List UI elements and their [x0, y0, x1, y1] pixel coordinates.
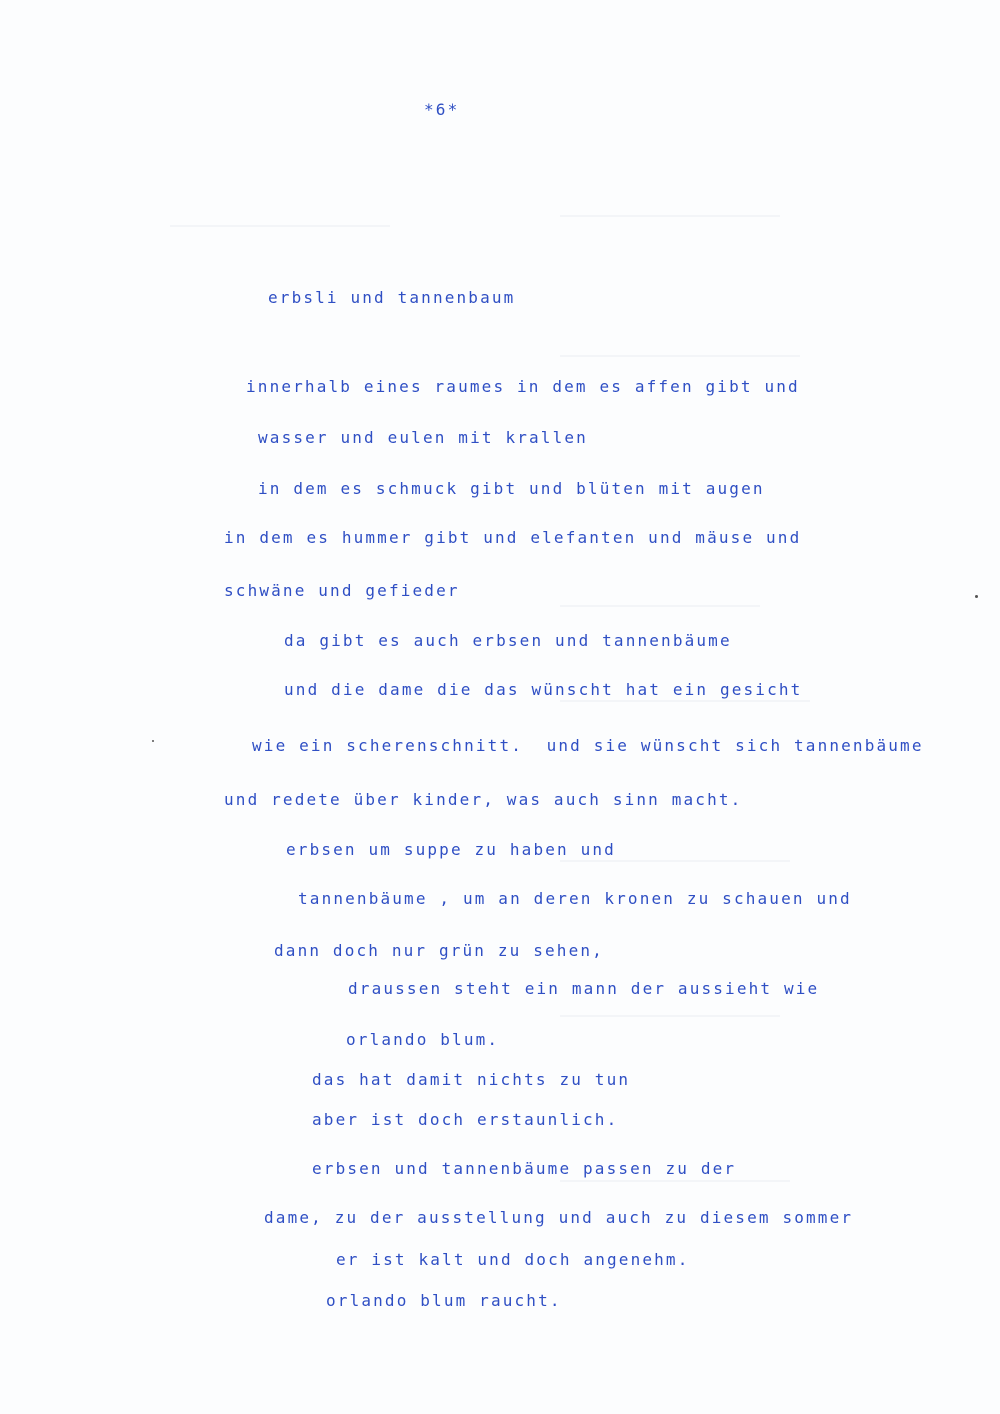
page-number: *6*: [424, 100, 459, 120]
poem-line: tannenbäume , um an deren kronen zu scha…: [298, 889, 852, 909]
show-through-mark: [560, 1180, 790, 1182]
poem-line: in dem es schmuck gibt und blüten mit au…: [258, 479, 765, 499]
speck: [152, 740, 154, 742]
poem-line: er ist kalt und doch angenehm.: [336, 1250, 689, 1270]
poem-line: in dem es hummer gibt und elefanten und …: [224, 528, 801, 548]
poem-line: aber ist doch erstaunlich.: [312, 1110, 618, 1130]
poem-line: orlando blum raucht.: [326, 1291, 562, 1311]
typewritten-page: *6* erbsli und tannenbaum innerhalb eine…: [0, 0, 1000, 1414]
poem-line: erbsen um suppe zu haben und: [286, 840, 616, 860]
poem-title: erbsli und tannenbaum: [268, 288, 515, 308]
poem-line: orlando blum.: [346, 1030, 499, 1050]
poem-line: und die dame die das wünscht hat ein ges…: [284, 680, 802, 700]
poem-line: wasser und eulen mit krallen: [258, 428, 588, 448]
poem-line: schwäne und gefieder: [224, 581, 460, 601]
poem-line: erbsen und tannenbäume passen zu der: [312, 1159, 736, 1179]
poem-line: innerhalb eines raumes in dem es affen g…: [246, 377, 800, 397]
poem-line: dann doch nur grün zu sehen,: [274, 941, 604, 961]
poem-line: dame, zu der ausstellung und auch zu die…: [264, 1208, 853, 1228]
show-through-mark: [560, 215, 780, 217]
poem-line: das hat damit nichts zu tun: [312, 1070, 630, 1090]
show-through-mark: [560, 355, 800, 357]
show-through-mark: [560, 700, 810, 702]
show-through-mark: [560, 1015, 780, 1017]
poem-line: und redete über kinder, was auch sinn ma…: [224, 790, 742, 810]
show-through-mark: [170, 225, 390, 227]
poem-line: draussen steht ein mann der aussieht wie: [348, 979, 819, 999]
show-through-mark: [560, 860, 790, 862]
poem-line: wie ein scherenschnitt. und sie wünscht …: [252, 736, 924, 756]
poem-line: da gibt es auch erbsen und tannenbäume: [284, 631, 732, 651]
speck: [975, 595, 978, 598]
show-through-mark: [560, 605, 760, 607]
